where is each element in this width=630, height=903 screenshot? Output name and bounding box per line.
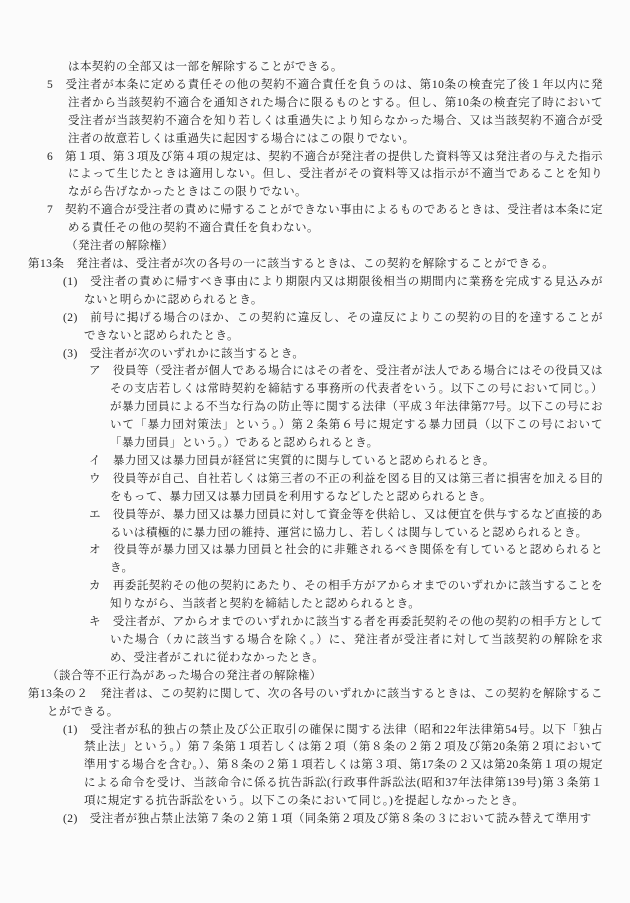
doc-paragraph-kana: オ 役員等が暴力団又は暴力団員と社会的に非難されるべき関係を有していると認められ…	[28, 542, 603, 578]
doc-paragraph-kana: ウ 役員等が自己、自社若しくは第三者の不正の利益を図る目的又は第三者に損害を加え…	[28, 471, 603, 507]
doc-paragraph-num: (2) 受注者が独占禁止法第７条の２第１項（同条第２項及び第８条の３において読み…	[28, 811, 603, 829]
doc-paragraph-kana: キ 受注者が、アからオまでのいずれかに該当する者を再委託契約その他の契約の相手方…	[28, 614, 603, 668]
doc-paragraph-item: 6 第１項、第３項及び第４項の規定は、契約不適合が発注者の提供した資料等又は発注…	[28, 149, 603, 203]
doc-paragraph-kana: カ 再委託契約その他の契約にあたり、その相手方がアからオまでのいずれかに該当する…	[28, 578, 603, 614]
doc-paragraph-heading-b: （談合等不正行為があった場合の発注者の解除権）	[28, 668, 603, 686]
doc-paragraph-num: (1) 受注者の責めに帰すべき事由により期限内又は期限後相当の期間内に業務を完成…	[28, 274, 603, 310]
doc-paragraph-kana: イ 暴力団又は暴力団員が経営に実質的に関与していると認められるとき。	[28, 453, 603, 471]
doc-paragraph-num: (1) 受注者が私的独占の禁止及び公正取引の確保に関する法律（昭和22年法律第5…	[28, 722, 603, 812]
doc-paragraph-kana: ア 役員等（受注者が個人である場合にはその者を、受注者が法人である場合にはその役…	[28, 363, 603, 453]
doc-paragraph-item: 5 受注者が本条に定める責任その他の契約不適合責任を負うのは、第10条の検査完了…	[28, 77, 603, 149]
contract-text-body: は本契約の全部又は一部を解除することができる。5 受注者が本条に定める責任その他…	[28, 59, 603, 829]
doc-paragraph-article: 第13条 発注者は、受注者が次の各号の一に該当するときは、この契約を解除すること…	[28, 256, 603, 274]
doc-paragraph-cont: は本契約の全部又は一部を解除することができる。	[28, 59, 603, 77]
doc-paragraph-item: 7 契約不適合が受注者の責めに帰することができない事由によるものであるときは、受…	[28, 202, 603, 238]
doc-paragraph-num: (3) 受注者が次のいずれかに該当するとき。	[28, 346, 603, 364]
doc-paragraph-article: 第13条の２ 発注者は、この契約に関して、次の各号のいずれかに該当するときは、こ…	[28, 686, 603, 722]
doc-paragraph-num: (2) 前号に掲げる場合のほか、この契約に違反し、その違反によりこの契約の目的を…	[28, 310, 603, 346]
doc-paragraph-heading-a: （発注者の解除権）	[28, 238, 603, 256]
doc-paragraph-kana: エ 役員等が、暴力団又は暴力団員に対して資金等を供給し、又は便宜を供与するなど直…	[28, 507, 603, 543]
document-page: は本契約の全部又は一部を解除することができる。5 受注者が本条に定める責任その他…	[0, 0, 630, 903]
